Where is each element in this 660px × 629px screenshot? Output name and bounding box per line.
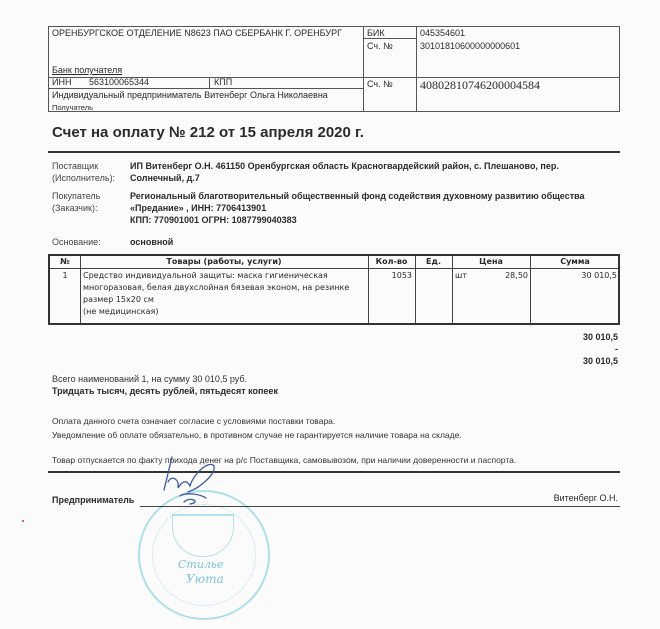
bik-value: 045354601 — [420, 28, 465, 39]
supplier-value-line: ИП Витенберг О.Н. 461150 Оренбургская об… — [130, 160, 559, 172]
row-price: 28,50 — [452, 270, 528, 282]
bank-details-table: ОРЕНБУРГСКОЕ ОТДЕЛЕНИЕ N8623 ПАО СБЕРБАН… — [48, 26, 620, 112]
kpp-label: КПП — [214, 77, 232, 88]
row-goods: Средство индивидуальной защиты: маска ги… — [83, 270, 367, 318]
supplier-label: Поставщик (Исполнитель): — [52, 160, 115, 184]
bik-label: БИК — [367, 28, 385, 39]
buyer-value-line: «Предание» , ИНН: 7706413901 — [130, 202, 585, 214]
signatory-role: Предприниматель — [52, 495, 134, 505]
buyer-value: Региональный благотворительный обществен… — [130, 190, 585, 226]
recipient-name: Индивидуальный предприниматель Витенберг… — [52, 90, 328, 101]
divider — [363, 27, 364, 111]
signature-scribble-icon — [150, 452, 230, 522]
buyer-label-line: Покупатель — [52, 190, 100, 202]
corr-account-label: Сч. № — [367, 41, 393, 52]
account-value: 40802810746200004584 — [420, 78, 540, 92]
note-line-3: Товар отпускается по факту прихода денег… — [52, 455, 516, 465]
summary-count: Всего наименований 1, на сумму 30 010,5 … — [52, 374, 247, 384]
invoice-title: Счет на оплату № 212 от 15 апреля 2020 г… — [52, 124, 364, 141]
buyer-label: Покупатель (Заказчик): — [52, 190, 100, 214]
vat-amount: - — [615, 344, 618, 354]
bank-name: ОРЕНБУРГСКОЕ ОТДЕЛЕНИЕ N8623 ПАО СБЕРБАН… — [52, 28, 342, 39]
supplier-value-line: Солнечный, д.7 — [130, 172, 559, 184]
divider — [49, 88, 363, 89]
items-table: № Товары (работы, услуги) Кол-во Ед. Цен… — [48, 254, 620, 325]
divider — [416, 27, 417, 111]
signatory-name: Витенберг О.Н. — [554, 493, 618, 503]
supplier-label-line: Поставщик — [52, 160, 115, 172]
goods-line: (не медицинская) — [83, 306, 367, 318]
col-header-goods: Товары (работы, услуги) — [80, 257, 368, 267]
col-header-unit: Ед. — [415, 257, 452, 267]
buyer-label-line: (Заказчик): — [52, 202, 100, 214]
summary-words: Тридцать тысяч, десять рублей, пятьдесят… — [52, 386, 278, 396]
basis-value: основной — [130, 236, 173, 248]
bank-label: Банк получателя — [52, 65, 122, 76]
stamp-text-line-2: Уюта — [186, 572, 224, 586]
account-label: Сч. № — [367, 79, 393, 90]
goods-line: размер 15х20 см — [83, 294, 367, 306]
col-header-sum: Сумма — [530, 257, 620, 267]
goods-line: многоразовая, белая двухслойная бязевая … — [83, 282, 367, 294]
note-line-1: Оплата данного счета означает согласие с… — [52, 416, 335, 426]
col-header-qty: Кол-во — [368, 257, 415, 267]
recipient-label: Получатель — [52, 102, 93, 113]
buyer-value-line: КПП: 770901001 ОГРН: 1087799040383 — [130, 214, 585, 226]
row-qty: 1053 — [368, 270, 412, 282]
title-separator — [48, 151, 620, 153]
stamp-text-line-1: Стилье — [178, 558, 223, 571]
basis-label: Основание: — [52, 236, 101, 248]
notes-separator — [48, 471, 620, 473]
col-header-num: № — [50, 257, 80, 267]
total-due: 30 010,5 — [583, 356, 618, 366]
col-header-price: Цена — [452, 257, 530, 267]
row-sum: 30 010,5 — [530, 270, 617, 282]
header-separator — [50, 268, 618, 269]
buyer-value-line: Региональный благотворительный обществен… — [130, 190, 585, 202]
total-amount: 30 010,5 — [583, 332, 618, 342]
inn-value: 563100065344 — [89, 77, 149, 88]
note-line-2: Уведомление об оплате обязательно, в про… — [52, 430, 462, 440]
divider — [209, 77, 210, 88]
supplier-label-line: (Исполнитель): — [52, 172, 115, 184]
goods-line: Средство индивидуальной защиты: маска ги… — [83, 270, 367, 282]
mark-dot — [22, 520, 24, 522]
corr-account-value: 30101810600000000601 — [420, 41, 520, 52]
inn-label: ИНН — [52, 77, 71, 88]
supplier-value: ИП Витенберг О.Н. 461150 Оренбургская об… — [130, 160, 559, 184]
row-num: 1 — [50, 270, 80, 282]
